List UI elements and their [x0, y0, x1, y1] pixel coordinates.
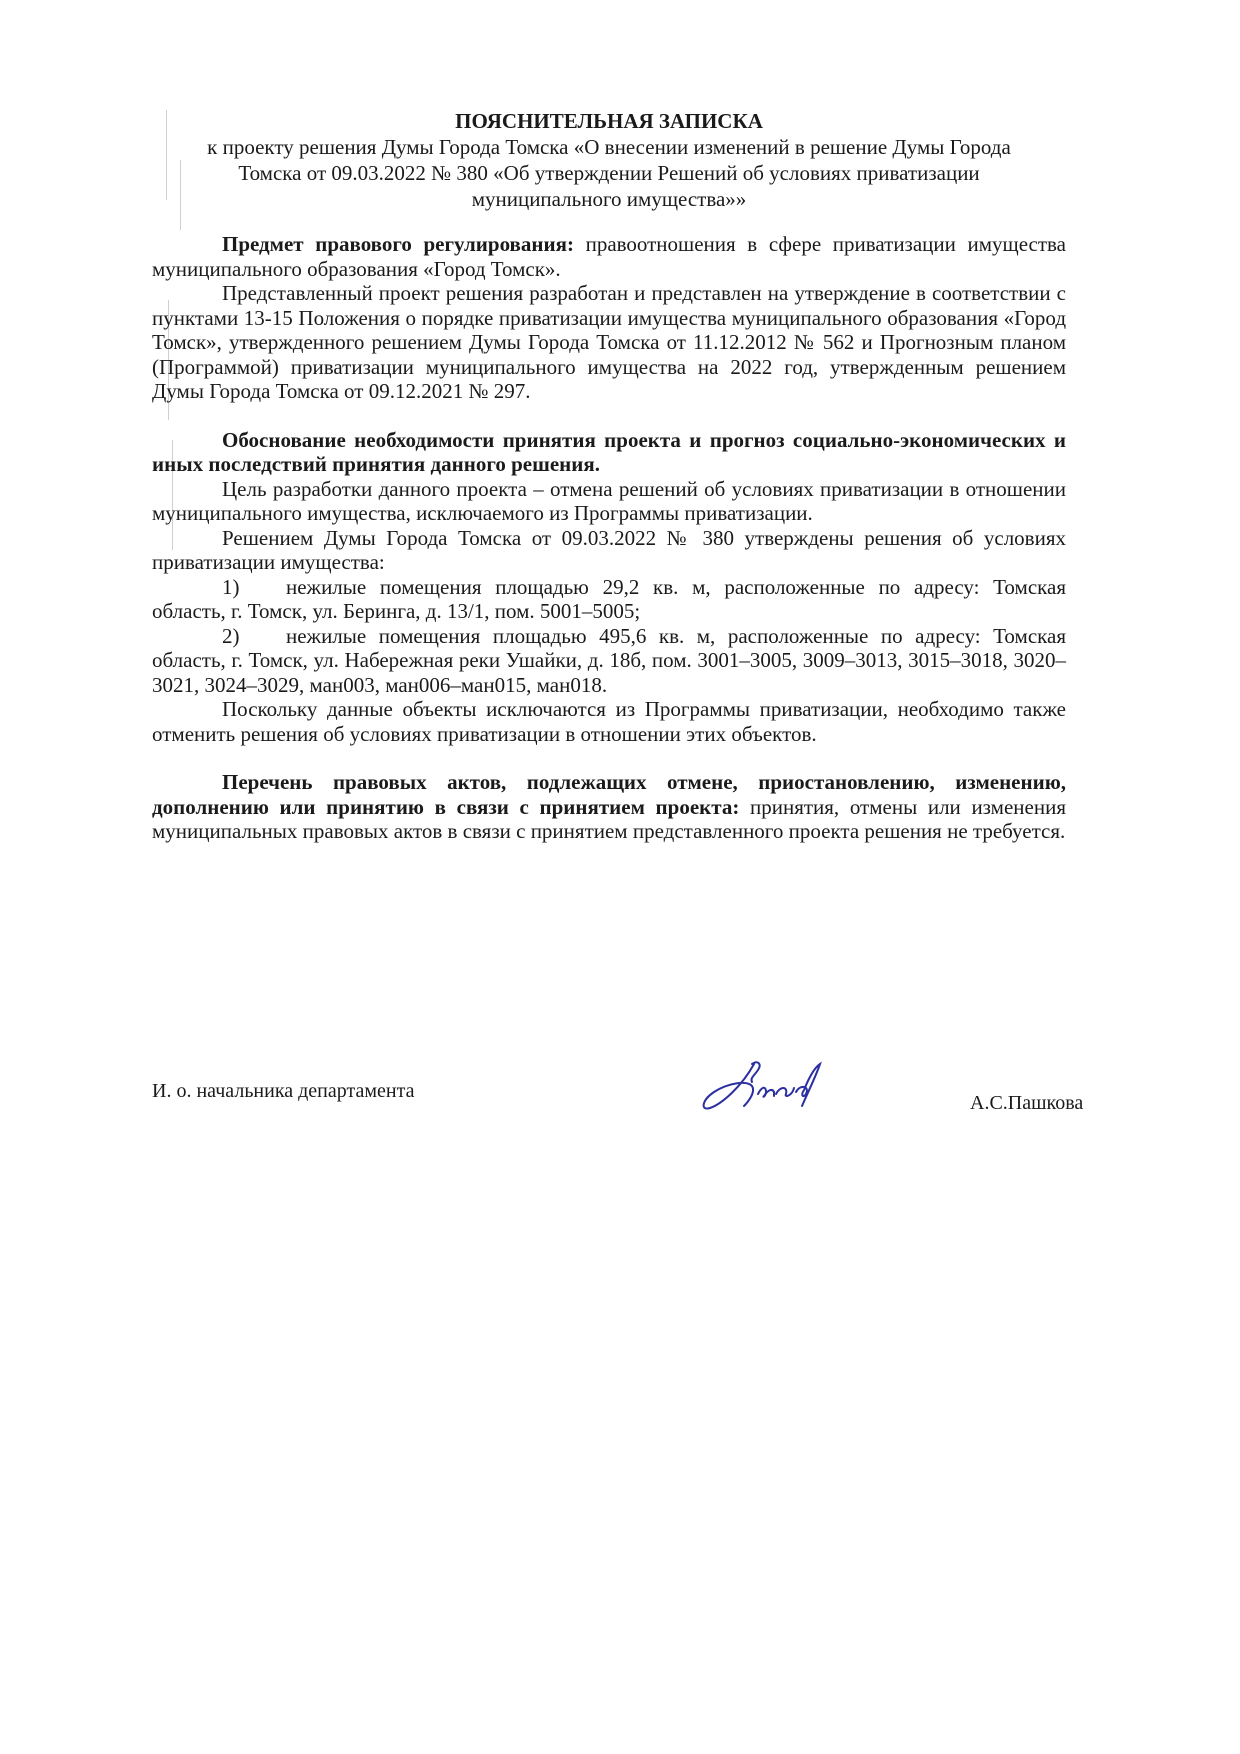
list-item-number: 1) [222, 575, 286, 600]
goal-paragraph: Цель разработки данного проекта – отмена… [152, 477, 1066, 526]
list-item-text: нежилые помещения площадью 29,2 кв. м, р… [152, 575, 1066, 624]
document-title: ПОЯСНИТЕЛЬНАЯ ЗАПИСКА [152, 108, 1066, 134]
conclusion-paragraph: Поскольку данные объекты исключаются из … [152, 697, 1066, 746]
subject-heading: Предмет правового регулирования: [222, 232, 574, 256]
justification-heading: Обоснование необходимости принятия проек… [152, 428, 1066, 477]
subtitle-line: муниципального имущества»» [152, 186, 1066, 212]
list-item-2: 2)нежилые помещения площадью 495,6 кв. м… [152, 624, 1066, 698]
document-body: ПОЯСНИТЕЛЬНАЯ ЗАПИСКА к проекту решения … [152, 108, 1066, 844]
list-item-1: 1)нежилые помещения площадью 29,2 кв. м,… [152, 575, 1066, 624]
list-item-text: нежилые помещения площадью 495,6 кв. м, … [152, 624, 1066, 697]
subtitle-line: к проекту решения Думы Города Томска «О … [152, 134, 1066, 160]
subtitle-line: Томска от 09.03.2022 № 380 «Об утвержден… [152, 160, 1066, 186]
signatory-role: И. о. начальника департамента [152, 1080, 414, 1103]
signatory-name: А.С.Пашкова [970, 1092, 1083, 1115]
decision-paragraph: Решением Думы Города Томска от 09.03.202… [152, 526, 1066, 575]
spacer [152, 746, 1066, 770]
document-page: ПОЯСНИТЕЛЬНАЯ ЗАПИСКА к проекту решения … [0, 0, 1240, 1754]
spacer [152, 212, 1066, 232]
spacer [152, 404, 1066, 428]
acts-paragraph: Перечень правовых актов, подлежащих отме… [152, 770, 1066, 844]
handwritten-signature-icon [692, 1056, 842, 1121]
basis-paragraph: Представленный проект решения разработан… [152, 281, 1066, 404]
subject-paragraph: Предмет правового регулирования: правоот… [152, 232, 1066, 281]
list-item-number: 2) [222, 624, 286, 649]
signature-block: И. о. начальника департамента А.С.Пашков… [152, 1062, 1112, 1132]
document-subtitle: к проекту решения Думы Города Томска «О … [152, 134, 1066, 212]
